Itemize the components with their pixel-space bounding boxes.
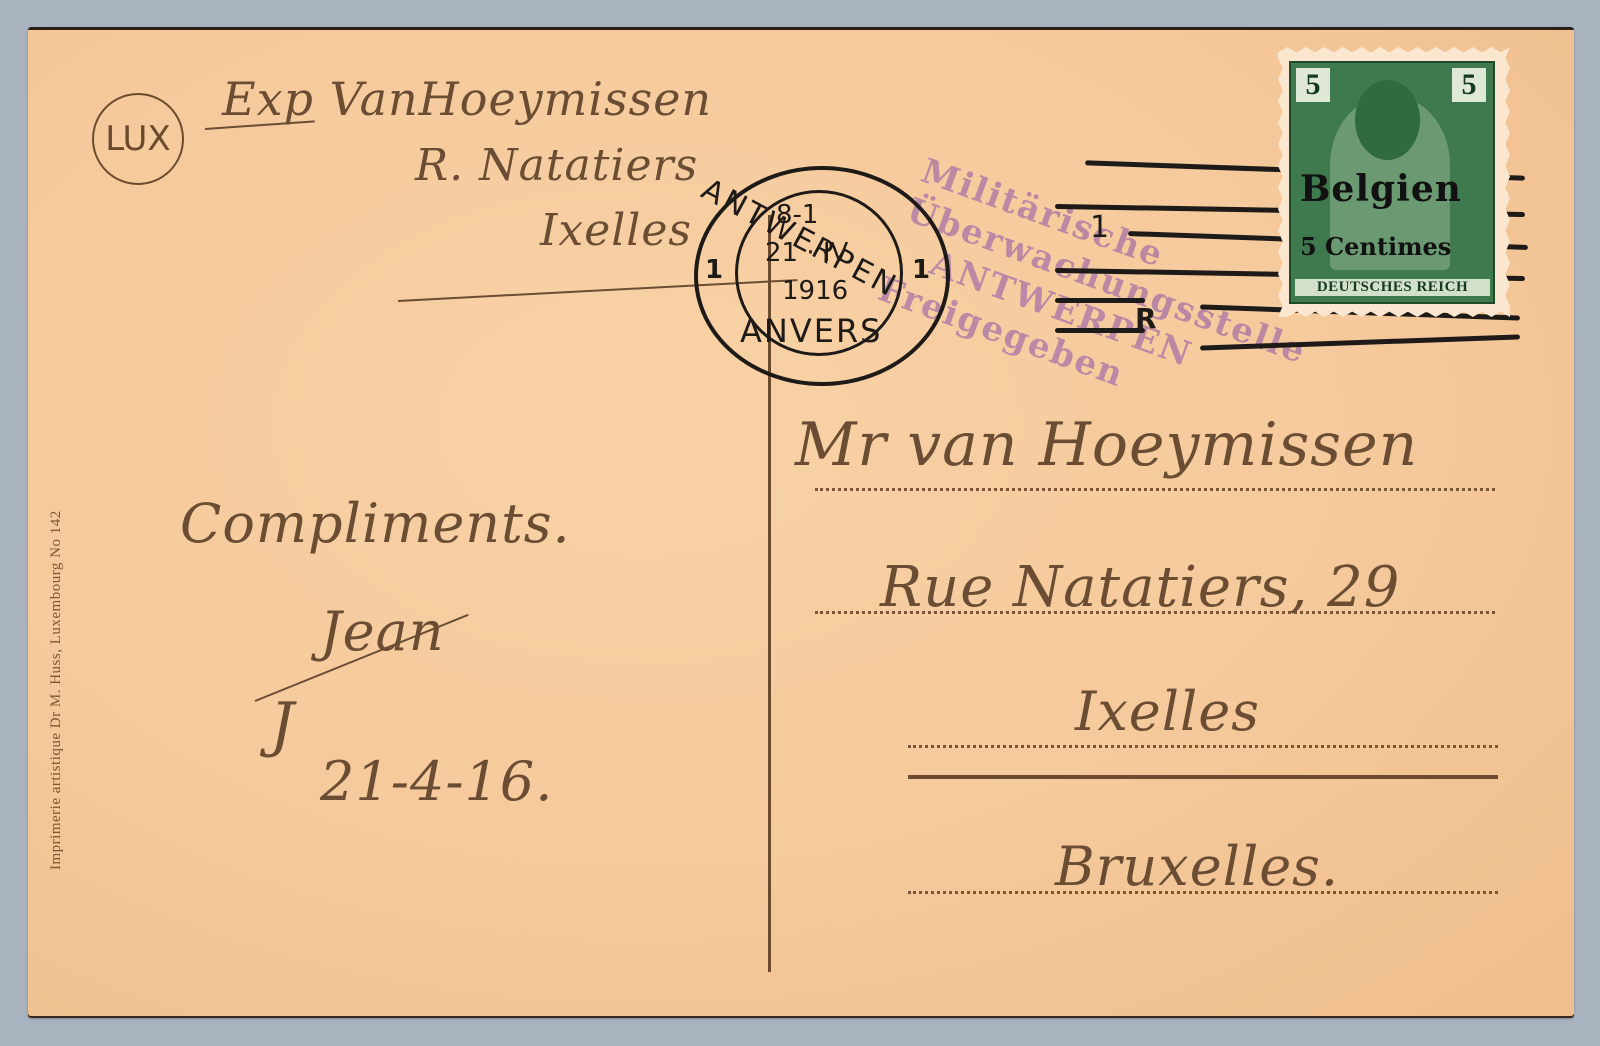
message-compliments: Compliments. xyxy=(180,492,571,555)
cancel-wave-5a xyxy=(1055,298,1145,303)
postmark-city-bottom: ANVERS xyxy=(740,312,882,350)
sender-line-1: Exp VanHoeymissen xyxy=(222,72,712,126)
cancel-mark-r: R xyxy=(1135,302,1157,335)
recipient-name: Mr van Hoeymissen xyxy=(795,410,1418,480)
cancel-mark-1: 1 xyxy=(1090,210,1109,245)
germania-crown-icon xyxy=(1355,80,1420,160)
message-initial: J xyxy=(270,690,295,760)
sender-line-3: Ixelles xyxy=(540,205,692,256)
stamp-value-right: 5 xyxy=(1452,68,1486,102)
recipient-street: Rue Natatiers, 29 xyxy=(880,555,1400,620)
stamp-overprint-value: 5 Centimes xyxy=(1300,232,1451,261)
postmark-year: 1916 xyxy=(782,276,848,306)
sender-line-2: R. Natatiers xyxy=(415,140,698,191)
postmark-left-digit: 1 xyxy=(705,255,723,285)
printer-imprint: Imprimerie artistique Dr M. Huss, Luxemb… xyxy=(48,510,65,870)
logo-text: LUX xyxy=(105,119,170,159)
postmark-right-digit: 1 xyxy=(912,255,930,285)
stamp-issuer: DEUTSCHES REICH xyxy=(1295,279,1490,296)
recipient-commune: Ixelles xyxy=(1075,680,1260,743)
cancel-wave-6a xyxy=(1055,328,1145,333)
lux-publisher-logo: LUX xyxy=(92,93,184,185)
message-date: 21-4-16. xyxy=(320,750,553,813)
recipient-city: Bruxelles. xyxy=(1055,835,1339,898)
address-solid-rule xyxy=(908,775,1498,779)
stamp-overprint-country: Belgien xyxy=(1300,168,1462,210)
postmark-date: 21 · IV xyxy=(765,238,848,268)
address-line-3 xyxy=(908,745,1498,748)
stamp-value-left: 5 xyxy=(1296,68,1330,102)
address-line-1 xyxy=(815,488,1495,491)
postmark-time: 8-1 xyxy=(776,200,818,230)
